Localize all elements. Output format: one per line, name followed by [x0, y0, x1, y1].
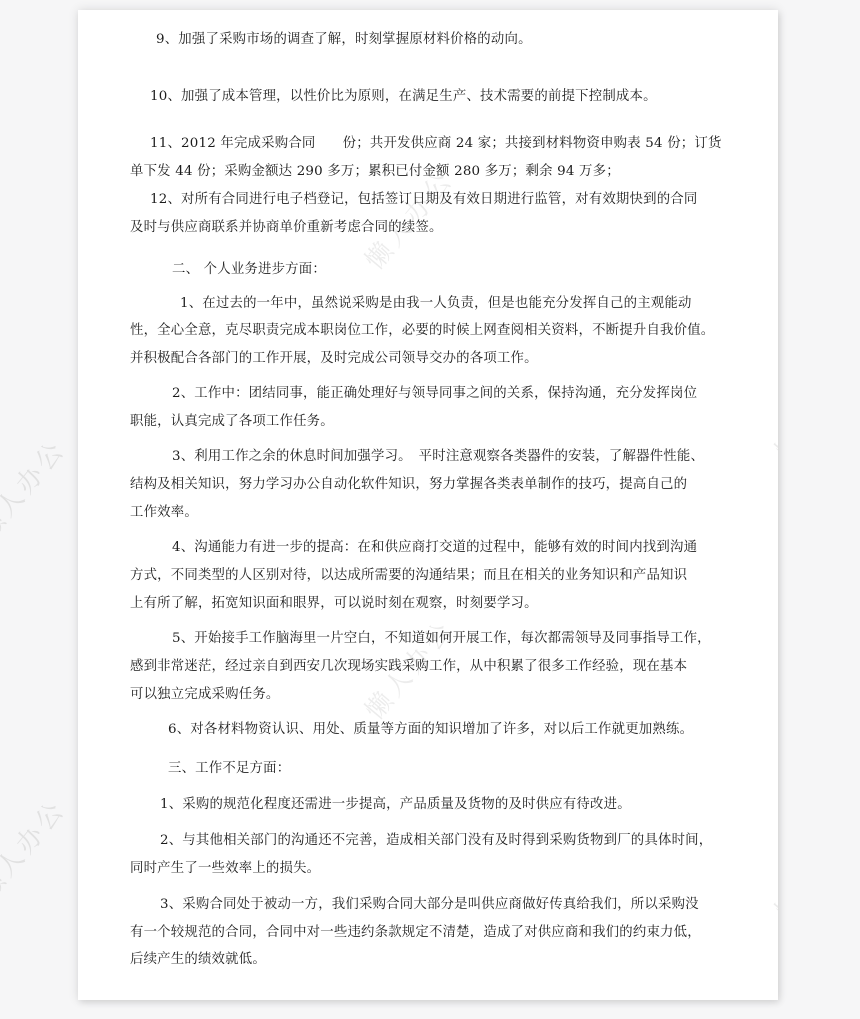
paragraph-line: 9、加强了采购市场的调查了解，时刻掌握原材料价格的动向。 [156, 31, 532, 49]
watermark: 懒人办公 [0, 791, 73, 907]
paragraph-line: 及时与供应商联系并协商单价重新考虑合同的续签。 [130, 219, 443, 237]
paragraph-line: 2、工作中：团结同事，能正确处理好与领导同事之间的关系，保持沟通，充分发挥岗位 [172, 385, 697, 403]
paragraph-line: 上有所了解，拓宽知识面和眼界，可以说时刻在观察，时刻要学习。 [130, 595, 538, 613]
paragraph-line: 1、采购的规范化程度还需进一步提高，产品质量及货物的及时供应有待改进。 [160, 796, 631, 814]
paragraph-line: 工作效率。 [130, 504, 198, 522]
paragraph-line: 职能，认真完成了各项工作任务。 [130, 413, 334, 431]
watermark: 懒人办公 [765, 811, 778, 927]
paragraph-line: 感到非常迷茫，经过亲自到西安几次现场实践采购工作，从中积累了很多工作经验，现在基… [130, 658, 687, 676]
paragraph-line: 1、在过去的一年中，虽然说采购是由我一人负责，但是也能充分发挥自己的主观能动 [180, 295, 692, 313]
paragraph-line: 结构及相关知识，努力学习办公自动化软件知识，努力掌握各类表单制作的技巧，提高自己… [130, 476, 687, 494]
document-page: 懒人办公 懒人办公 懒人办公 懒人办公 9、加强了采购市场的调查了解，时刻掌握原… [78, 10, 778, 1000]
watermark: 懒人办公 [0, 431, 73, 547]
paragraph-line: 2、与其他相关部门的沟通还不完善，造成相关部门没有及时得到采购货物到厂的具体时间… [160, 832, 712, 850]
paragraph-line: 6、对各材料物资认识、用处、质量等方面的知识增加了许多，对以后工作就更加熟练。 [168, 721, 693, 739]
paragraph-line: 同时产生了一些效率上的损失。 [130, 860, 320, 878]
paragraph-line: 有一个较规范的合同，合同中对一些违约条款规定不清楚，造成了对供应商和我们的约束力… [130, 924, 701, 942]
paragraph-line: 3、利用工作之余的休息时间加强学习。 平时注意观察各类器件的安装，了解器件性能、 [172, 448, 704, 466]
paragraph-line: 并积极配合各部门的工作开展，及时完成公司领导交办的各项工作。 [130, 350, 538, 368]
paragraph-line: 可以独立完成采购任务。 [130, 686, 280, 704]
paragraph-line: 性，全心全意，克尽职责完成本职岗位工作，必要的时候上网查阅相关资料，不断提升自我… [130, 322, 714, 340]
watermark: 懒人办公 [765, 351, 778, 467]
paragraph-line: 10、加强了成本管理，以性价比为原则，在满足生产、技术需要的前提下控制成本。 [150, 88, 657, 106]
paragraph-line: 12、对所有合同进行电子档登记，包括签订日期及有效日期进行监管，对有效期快到的合… [150, 191, 697, 209]
paragraph-line: 后续产生的绩效就低。 [130, 951, 266, 969]
section-heading: 二、 个人业务进步方面： [172, 261, 326, 279]
paragraph-line: 3、采购合同处于被动一方，我们采购合同大部分是叫供应商做好传真给我们，所以采购没 [160, 896, 699, 914]
paragraph-line: 方式，不同类型的人区别对待，以达成所需要的沟通结果；而且在相关的业务知识和产品知… [130, 567, 687, 585]
paragraph-line: 单下发 44 份；采购金额达 290 多万；累积已付金额 280 多万；剩余 9… [130, 163, 620, 181]
paragraph-line: 11、2012 年完成采购合同 份；共开发供应商 24 家；共接到材料物资申购表… [150, 135, 722, 153]
section-heading: 三、工作不足方面： [168, 760, 290, 778]
paragraph-line: 5、开始接手工作脑海里一片空白，不知道如何开展工作，每次都需领导及同事指导工作， [172, 630, 711, 648]
paragraph-line: 4、沟通能力有进一步的提高：在和供应商打交道的过程中，能够有效的时间内找到沟通 [172, 539, 697, 557]
